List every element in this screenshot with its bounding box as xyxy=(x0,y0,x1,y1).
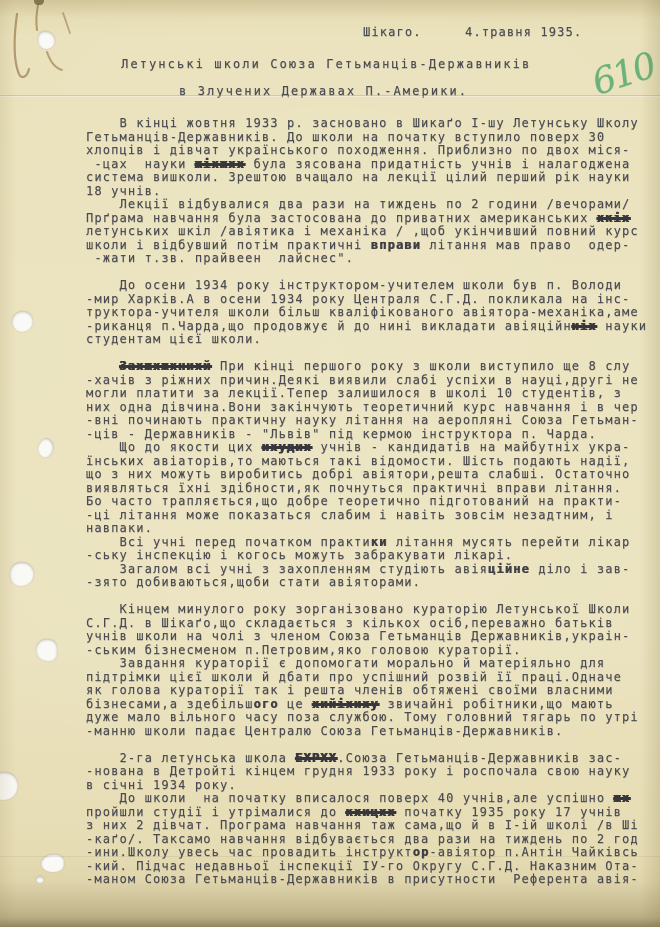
typewritten-line: Захжхжхнихй При кінці першого року з шко… xyxy=(86,360,652,374)
punch-hole xyxy=(12,311,33,332)
typewritten-line: студентам цієї школи. xyxy=(86,333,652,347)
typewritten-line: Прґрама навчання була застосована до при… xyxy=(86,212,652,226)
punch-hole xyxy=(38,31,55,49)
typewritten-line: До школи на початку вписалося поверх 40 … xyxy=(86,792,652,806)
typewritten-line: До осени 1934 року інструктором-учителем… xyxy=(86,279,652,293)
typewritten-line: С.Г.Д. в Шікаґо,що складається з кількох… xyxy=(86,617,652,631)
typewritten-line: Бо часто трапляється,що добре теоретично… xyxy=(86,495,652,509)
strikeout-text: хийіхиху xyxy=(312,697,379,711)
fold-crease xyxy=(0,856,660,857)
typewritten-line: їнських авіаторів,то маються такі відомо… xyxy=(86,455,652,469)
dateline-place: Шікаго. xyxy=(363,25,422,39)
typewritten-line: Загалом всі учні з захопленням студіють … xyxy=(86,563,652,577)
typewritten-line: в січні 1934 року. xyxy=(86,779,652,793)
overtyped-text: ого xyxy=(254,697,279,711)
strikeout-text: иіх xyxy=(572,319,597,333)
typewritten-line: 2-га летунська школа ЕХРХХ.Союза Гетьман… xyxy=(86,752,652,766)
typewritten-line: них одна дівчина.Вони закінчують теорети… xyxy=(86,401,652,415)
typewritten-line xyxy=(86,590,652,604)
typewritten-line: підтрімки цієї школи й дбати про успішни… xyxy=(86,671,652,685)
typewritten-line: -ини.Школу увесь час провадить інструкто… xyxy=(86,846,652,860)
typewritten-line: -хачів з ріжних причин.Деякі виявили сла… xyxy=(86,374,652,388)
typewritten-line: труктора-учителя школи більш кваліфікова… xyxy=(86,306,652,320)
typewritten-line: дуже мало вільного часу поза службою. То… xyxy=(86,711,652,725)
typewritten-line: пройшли студії і утрімалися до кхицхх по… xyxy=(86,806,652,820)
typewritten-line xyxy=(86,347,652,361)
dateline-date: 4.травня 1935. xyxy=(465,25,582,39)
typewritten-line: Що до якости цих ихудих учнів - кандидат… xyxy=(86,441,652,455)
typewritten-line: що з них можуть виробитись добрі авіятор… xyxy=(86,468,652,482)
typewritten-line: Завдання кураторії є допомогати морально… xyxy=(86,657,652,671)
typewritten-line: -ці літання може показаться слабим і нав… xyxy=(86,509,652,523)
strikeout-text: хкіх xyxy=(597,211,631,225)
typewritten-line: -нована в Детройті кінцем грудня 1933 ро… xyxy=(86,765,652,779)
typewritten-line: бізнесами,а здебільшого це хийіхиху звич… xyxy=(86,698,652,712)
fold-crease-highlight xyxy=(0,96,660,97)
typewritten-line: 18 учнів. xyxy=(86,185,652,199)
typewritten-line: як голова кураторії так і решта членів о… xyxy=(86,684,652,698)
typewritten-line: -мир Харків.А в осени 1934 року Централя… xyxy=(86,293,652,307)
strikeout-text: кхицхх xyxy=(346,805,396,819)
typewritten-line: учнів школи на чолі з членом Союза Гетьм… xyxy=(86,630,652,644)
typewritten-line: -маном Союза Гетьманців-Державників в пр… xyxy=(86,873,652,887)
strikeout-text: Захжхжхнихй xyxy=(120,359,212,373)
typewritten-line: система вишколи. Зрештою вчащало на лекц… xyxy=(86,171,652,185)
typewritten-line: -каґо/. Таксамо навчання відбувається дв… xyxy=(86,833,652,847)
punch-hole xyxy=(34,436,58,460)
typewritten-line xyxy=(86,738,652,752)
punch-hole xyxy=(0,772,18,800)
punch-hole xyxy=(36,639,57,661)
overtyped-text: вправи xyxy=(371,238,421,252)
strikeout-text: жіхжхх xyxy=(195,157,245,171)
typewritten-line: -зято добиваються,щоби стати авіяторами. xyxy=(86,576,652,590)
typewritten-line: -кий. Підчас недавньої інспекції ІУ-го О… xyxy=(86,860,652,874)
overtyped-text: ційне xyxy=(488,562,530,576)
typewritten-line: хлопців і дівчат українського походження… xyxy=(86,144,652,158)
typewritten-line: з них 2 дівчат. Програма навчання таж са… xyxy=(86,819,652,833)
strikeout-text: ЕХРХХ xyxy=(295,751,337,765)
typewritten-line: В кінці жовтня 1933 р. засновано в Шикаґ… xyxy=(86,117,652,131)
typewritten-line: летунських шкіл /авіятика і механіка / ,… xyxy=(86,225,652,239)
typewritten-line: Лекції відбувалися два рази на тиждень п… xyxy=(86,198,652,212)
typewritten-line: Кінцем минулого року зорганізовано курат… xyxy=(86,603,652,617)
typewritten-line: -цах науки жіхжхх була зясована придатні… xyxy=(86,158,652,172)
typewritten-line xyxy=(86,266,652,280)
rust-stain xyxy=(0,0,120,120)
typewritten-line: Гетьманців-Державників. До школи на поча… xyxy=(86,131,652,145)
typewritten-line: навпаки. xyxy=(86,522,652,536)
typewritten-line: школи і відбувший потім практичні вправи… xyxy=(86,239,652,253)
typewritten-line: -манню школи падає Централю Союза Гетьма… xyxy=(86,725,652,739)
document-title-line1: Летунські школи Союза Гетьманців-Державн… xyxy=(121,57,531,71)
overtyped-text: ки xyxy=(371,535,388,549)
strikeout-text: жх xyxy=(614,791,631,805)
typewritten-line: виявляться їхні здібности,як почнуться п… xyxy=(86,482,652,496)
typewritten-line: могли платити за лекції.Тепер залишилося… xyxy=(86,387,652,401)
typewritten-line: -ським бізнесменом п.Петровим,яко голово… xyxy=(86,644,652,658)
punch-hole xyxy=(10,562,34,586)
typewritten-body: В кінці жовтня 1933 р. засновано в Шикаґ… xyxy=(86,117,652,887)
typewritten-line: -ців - Державників - "Львів" під кермою … xyxy=(86,428,652,442)
strikeout-text: ихудих xyxy=(262,440,312,454)
punch-hole xyxy=(36,876,44,883)
typewritten-line: -жати т.зв. прайвеен лайснес". xyxy=(86,252,652,266)
typewritten-line: -ську інспекцію і когось можуть забракув… xyxy=(86,549,652,563)
scanned-document-page: Шікаго. 4.травня 1935. Летунські школи С… xyxy=(0,0,660,927)
typewritten-line: -вні починають практичну науку літання н… xyxy=(86,414,652,428)
typewritten-line: -риканця п.Чарда,що продовжує й до нині … xyxy=(86,320,652,334)
typewritten-line: Всі учні перед початком практики літання… xyxy=(86,536,652,550)
